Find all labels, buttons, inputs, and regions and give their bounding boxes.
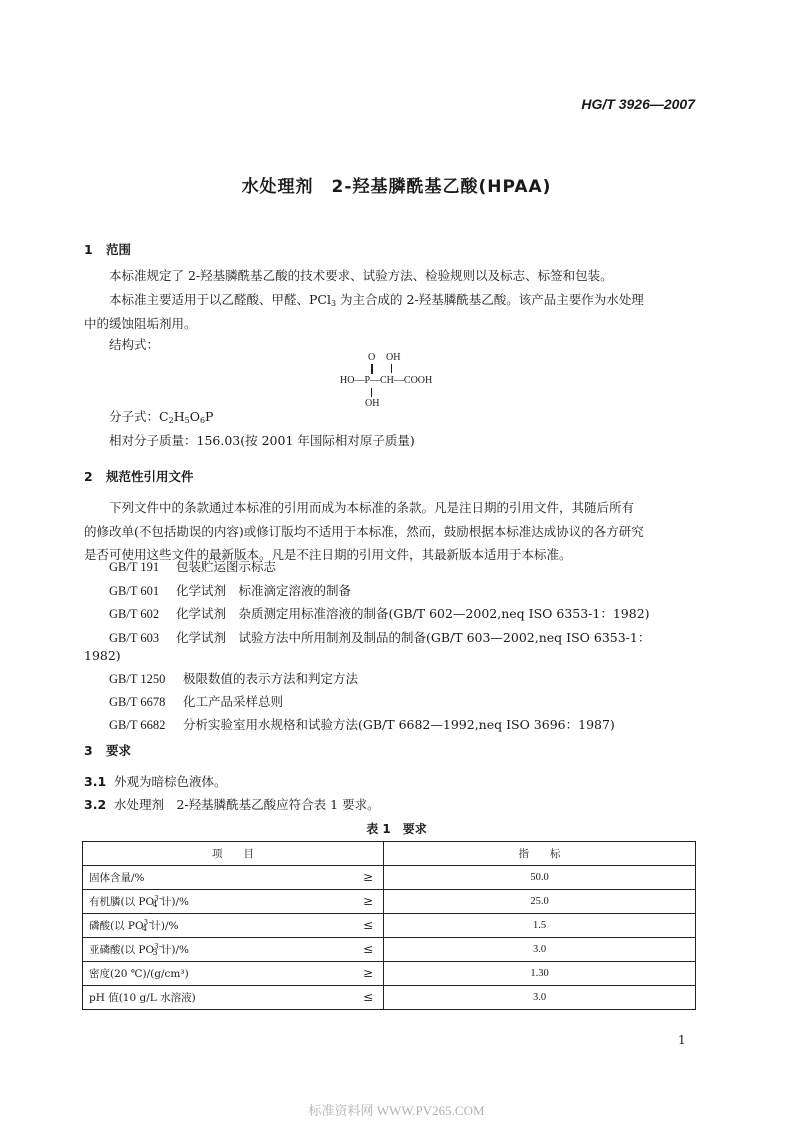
reference-item: GB/T 1250极限数值的表示方法和判定方法 bbox=[109, 667, 358, 691]
section-number: 2 bbox=[84, 469, 106, 484]
value-cell: 1.5 bbox=[384, 914, 696, 938]
clause-text: 水处理剂 2-羟基膦酰基乙酸应符合表 1 要求。 bbox=[114, 797, 380, 812]
comparison-operator: ≥ bbox=[363, 894, 373, 908]
comparison-operator: ≤ bbox=[363, 990, 373, 1004]
reference-item: GB/T 6682分析实验室用水规格和试验方法(GB/T 6682—1992,n… bbox=[109, 713, 615, 737]
section-title: 范围 bbox=[106, 242, 131, 257]
item-label: 计)/% bbox=[147, 920, 178, 932]
item-label: 有机膦(以 PO bbox=[89, 896, 154, 908]
reference-code: GB/T 602 bbox=[109, 602, 176, 626]
reference-item: GB/T 191包装贮运图示标志 bbox=[109, 555, 276, 579]
structural-formula: O OH HO—P—CH—COOH OH bbox=[340, 352, 470, 412]
reference-title: 包装贮运图示标志 bbox=[176, 559, 276, 574]
single-bond bbox=[371, 388, 372, 397]
reference-continuation: 1982) bbox=[84, 644, 121, 668]
requirements-table: 项 目 指 标 固体含量/%≥ 50.0 有机膦(以 PO3−4 计)/%≥ 2… bbox=[82, 841, 696, 1010]
paragraph: 的修改单(不包括勘误的内容)或修订版均不适用于本标准，然而，鼓励根据本标准达成协… bbox=[84, 520, 700, 544]
section-3-heading: 3要求 bbox=[84, 741, 131, 759]
item-label: 计)/% bbox=[158, 896, 189, 908]
section-number: 3 bbox=[84, 743, 106, 758]
section-2-heading: 2规范性引用文件 bbox=[84, 467, 194, 485]
hydroxyl-label: OH bbox=[386, 352, 400, 363]
reference-item: GB/T 603化学试剂 试验方法中所用制剂及制品的制备(GB/T 603—20… bbox=[109, 626, 650, 650]
reference-title: 极限数值的表示方法和判定方法 bbox=[183, 671, 358, 686]
item-cell: 磷酸(以 PO3−4 计)/%≤ bbox=[83, 914, 384, 938]
table-row: 固体含量/%≥ 50.0 bbox=[83, 866, 696, 890]
section-title: 规范性引用文件 bbox=[106, 469, 194, 484]
watermark: 标准资料网 WWW.PV265.COM bbox=[0, 1100, 793, 1119]
column-header-value: 指 标 bbox=[384, 842, 696, 866]
column-header-item: 项 目 bbox=[83, 842, 384, 866]
reference-item: GB/T 602化学试剂 杂质测定用标准溶液的制备(GB/T 602—2002,… bbox=[109, 602, 650, 626]
reference-code: GB/T 6678 bbox=[109, 690, 183, 714]
item-cell: 固体含量/%≥ bbox=[83, 866, 384, 890]
text: 本标准主要适用于以乙醛酸、甲醛、PCl bbox=[109, 292, 331, 307]
element: P bbox=[205, 409, 213, 424]
label: 分子式： bbox=[109, 409, 159, 424]
clause-3-1: 3.1外观为暗棕色液体。 bbox=[84, 772, 227, 790]
table-header-row: 项 目 指 标 bbox=[83, 842, 696, 866]
table-row: 密度(20 ℃)/(g/cm³)≥ 1.30 bbox=[83, 962, 696, 986]
table-row: 亚磷酸(以 PO3−3 计)/%≤ 3.0 bbox=[83, 938, 696, 962]
single-bond bbox=[391, 364, 392, 373]
item-cell: 密度(20 ℃)/(g/cm³)≥ bbox=[83, 962, 384, 986]
reference-title: 化学试剂 标准滴定溶液的制备 bbox=[176, 583, 351, 598]
table-row: 有机膦(以 PO3−4 计)/%≥ 25.0 bbox=[83, 890, 696, 914]
reference-title: 化学试剂 试验方法中所用制剂及制品的制备(GB/T 603—2002,neq I… bbox=[176, 630, 650, 645]
item-label: 固体含量/% bbox=[89, 872, 145, 884]
section-1-heading: 1范围 bbox=[84, 240, 131, 258]
paragraph: 本标准规定了 2-羟基膦酰基乙酸的技术要求、试验方法、检验规则以及标志、标签和包… bbox=[84, 264, 700, 288]
double-bond bbox=[371, 364, 373, 374]
section-title: 要求 bbox=[106, 743, 131, 758]
table-row: pH 值(10 g/L 水溶液)≤ 3.0 bbox=[83, 986, 696, 1010]
reference-title: 化学试剂 杂质测定用标准溶液的制备(GB/T 602—2002,neq ISO … bbox=[176, 606, 650, 621]
paragraph: 下列文件中的条款通过本标准的引用而成为本标准的条款。凡是注日期的引用文件，其随后… bbox=[84, 496, 700, 520]
element: C bbox=[159, 409, 169, 424]
reference-item: GB/T 601化学试剂 标准滴定溶液的制备 bbox=[109, 579, 351, 603]
item-label: 磷酸(以 PO bbox=[89, 920, 144, 932]
table-row: 磷酸(以 PO3−4 计)/%≤ 1.5 bbox=[83, 914, 696, 938]
item-cell: 有机膦(以 PO3−4 计)/%≥ bbox=[83, 890, 384, 914]
element: H bbox=[174, 409, 185, 424]
main-chain: HO—P—CH—COOH bbox=[340, 375, 432, 386]
comparison-operator: ≤ bbox=[363, 918, 373, 932]
reference-title: 化工产品采样总则 bbox=[183, 694, 283, 709]
reference-item: GB/T 6678化工产品采样总则 bbox=[109, 690, 283, 714]
item-cell: pH 值(10 g/L 水溶液)≤ bbox=[83, 986, 384, 1010]
element: O bbox=[190, 409, 200, 424]
clause-number: 3.1 bbox=[84, 774, 114, 789]
item-label: pH 值(10 g/L 水溶液) bbox=[89, 992, 196, 1004]
text: 为主合成的 2-羟基膦酰基乙酸。该产品主要作为水处理 bbox=[336, 292, 644, 307]
reference-title: 分析实验室用水规格和试验方法(GB/T 6682—1992,neq ISO 36… bbox=[183, 717, 615, 732]
molecular-mass: 相对分子质量：156.03(按 2001 年国际相对原子质量) bbox=[84, 429, 700, 453]
value-cell: 50.0 bbox=[384, 866, 696, 890]
reference-code: GB/T 601 bbox=[109, 579, 176, 603]
reference-code: GB/T 191 bbox=[109, 555, 176, 579]
reference-code: GB/T 6682 bbox=[109, 713, 183, 737]
item-cell: 亚磷酸(以 PO3−3 计)/%≤ bbox=[83, 938, 384, 962]
value-cell: 1.30 bbox=[384, 962, 696, 986]
clause-number: 3.2 bbox=[84, 797, 114, 812]
standard-number: HG/T 3926—2007 bbox=[545, 96, 695, 112]
oxygen-label: O bbox=[368, 352, 375, 363]
comparison-operator: ≥ bbox=[363, 966, 373, 980]
item-label: 密度(20 ℃)/(g/cm³) bbox=[89, 968, 189, 980]
clause-3-2: 3.2水处理剂 2-羟基膦酰基乙酸应符合表 1 要求。 bbox=[84, 795, 380, 813]
item-label: 亚磷酸(以 PO bbox=[89, 944, 154, 956]
clause-text: 外观为暗棕色液体。 bbox=[114, 774, 227, 789]
section-number: 1 bbox=[84, 242, 106, 257]
document-title: 水处理剂 2-羟基膦酰基乙酸(HPAA) bbox=[0, 172, 793, 197]
comparison-operator: ≤ bbox=[363, 942, 373, 956]
value-cell: 3.0 bbox=[384, 938, 696, 962]
reference-code: GB/T 1250 bbox=[109, 667, 183, 691]
page-number: 1 bbox=[678, 1033, 686, 1047]
comparison-operator: ≥ bbox=[363, 870, 373, 884]
value-cell: 25.0 bbox=[384, 890, 696, 914]
value-cell: 3.0 bbox=[384, 986, 696, 1010]
item-label: 计)/% bbox=[158, 944, 189, 956]
table-caption: 表 1 要求 bbox=[0, 820, 793, 837]
